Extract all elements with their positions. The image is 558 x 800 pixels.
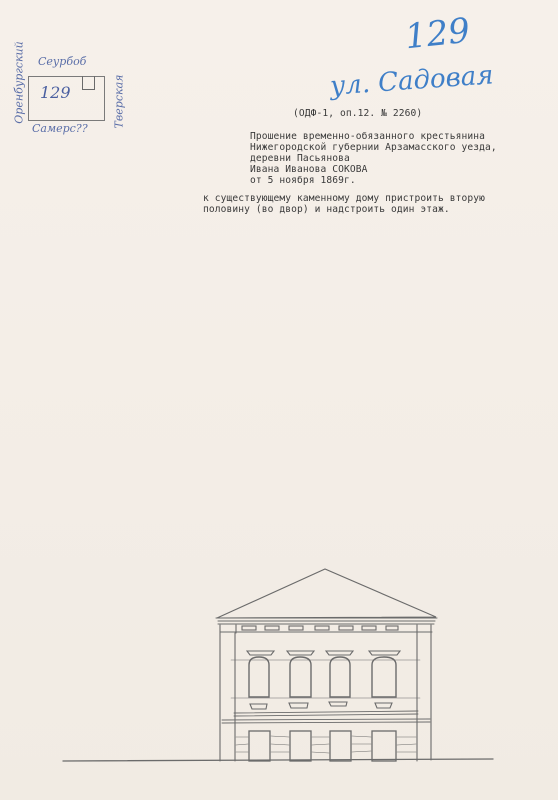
upper-windows [249, 657, 396, 697]
ground-line [63, 759, 493, 761]
lower-openings [249, 731, 396, 761]
window-sills [250, 702, 392, 709]
rustication [236, 736, 416, 753]
archival-document-page: 129 Сеурбоб Самерс?? Оренбургский Тверск… [0, 0, 558, 800]
frieze-blocks [242, 626, 398, 630]
window-hoods [247, 651, 400, 655]
pediment [217, 569, 436, 618]
building-facade-drawing [0, 0, 558, 800]
